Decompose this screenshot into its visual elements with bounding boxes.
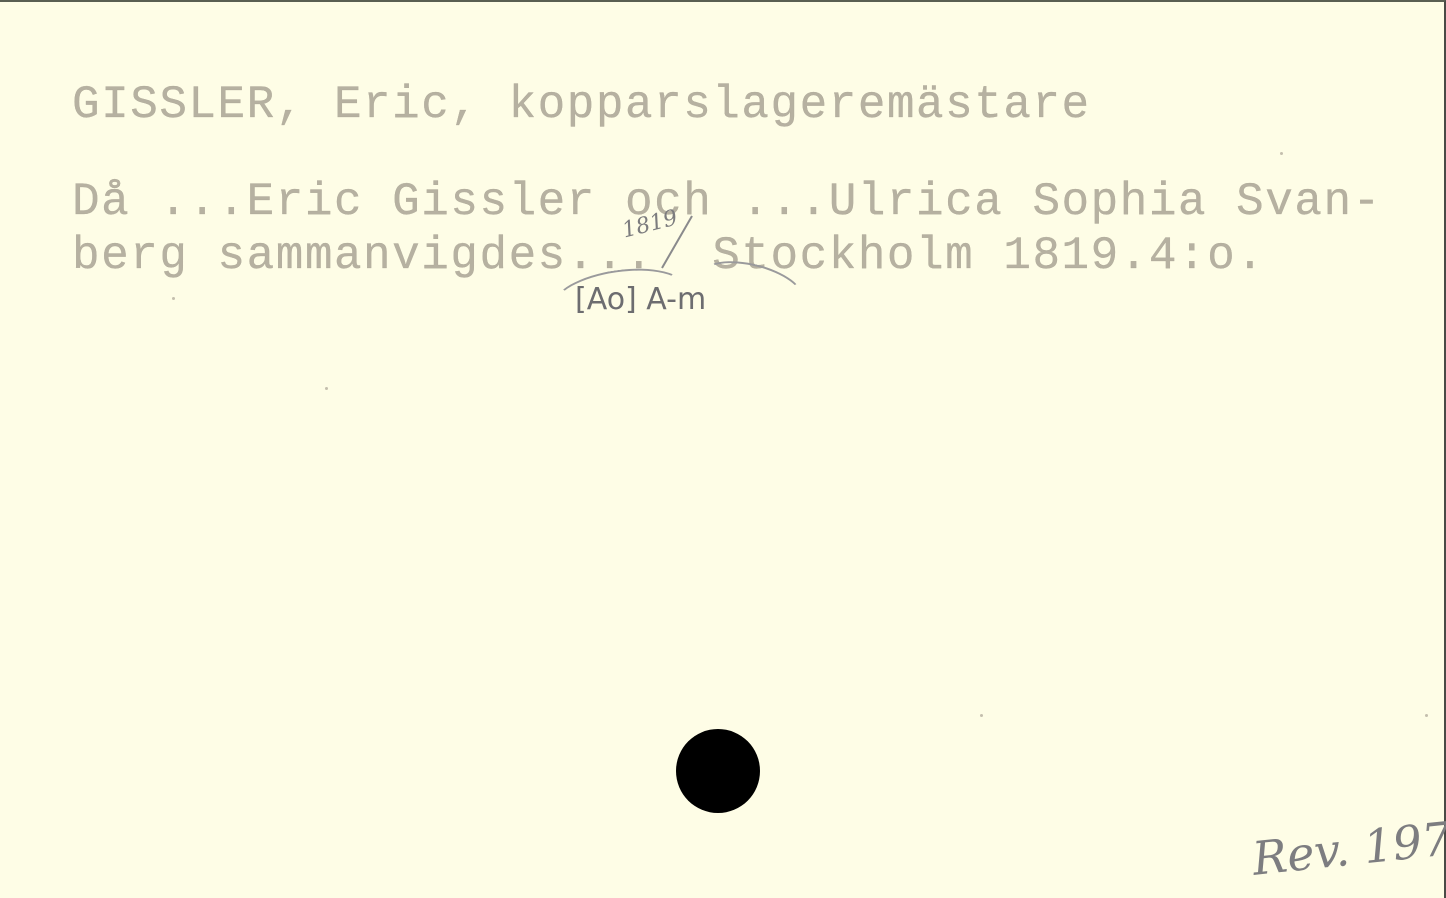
- handwritten-revision-note: Rev. 1970: [1250, 808, 1446, 886]
- paper-speck: [980, 714, 983, 717]
- card-body-line-1: Då ...Eric Gissler och ...Ulrica Sophia …: [72, 177, 1382, 227]
- paper-speck: [325, 387, 328, 390]
- handwritten-bracket-note: [Ao] A-m: [575, 282, 706, 317]
- paper-speck: [172, 297, 175, 300]
- paper-speck: [1425, 714, 1428, 717]
- punch-hole: [676, 729, 760, 813]
- archive-card: GISSLER, Eric, kopparslageremästare Då .…: [0, 0, 1446, 898]
- card-heading: GISSLER, Eric, kopparslageremästare: [72, 80, 1091, 130]
- paper-speck: [1280, 152, 1283, 155]
